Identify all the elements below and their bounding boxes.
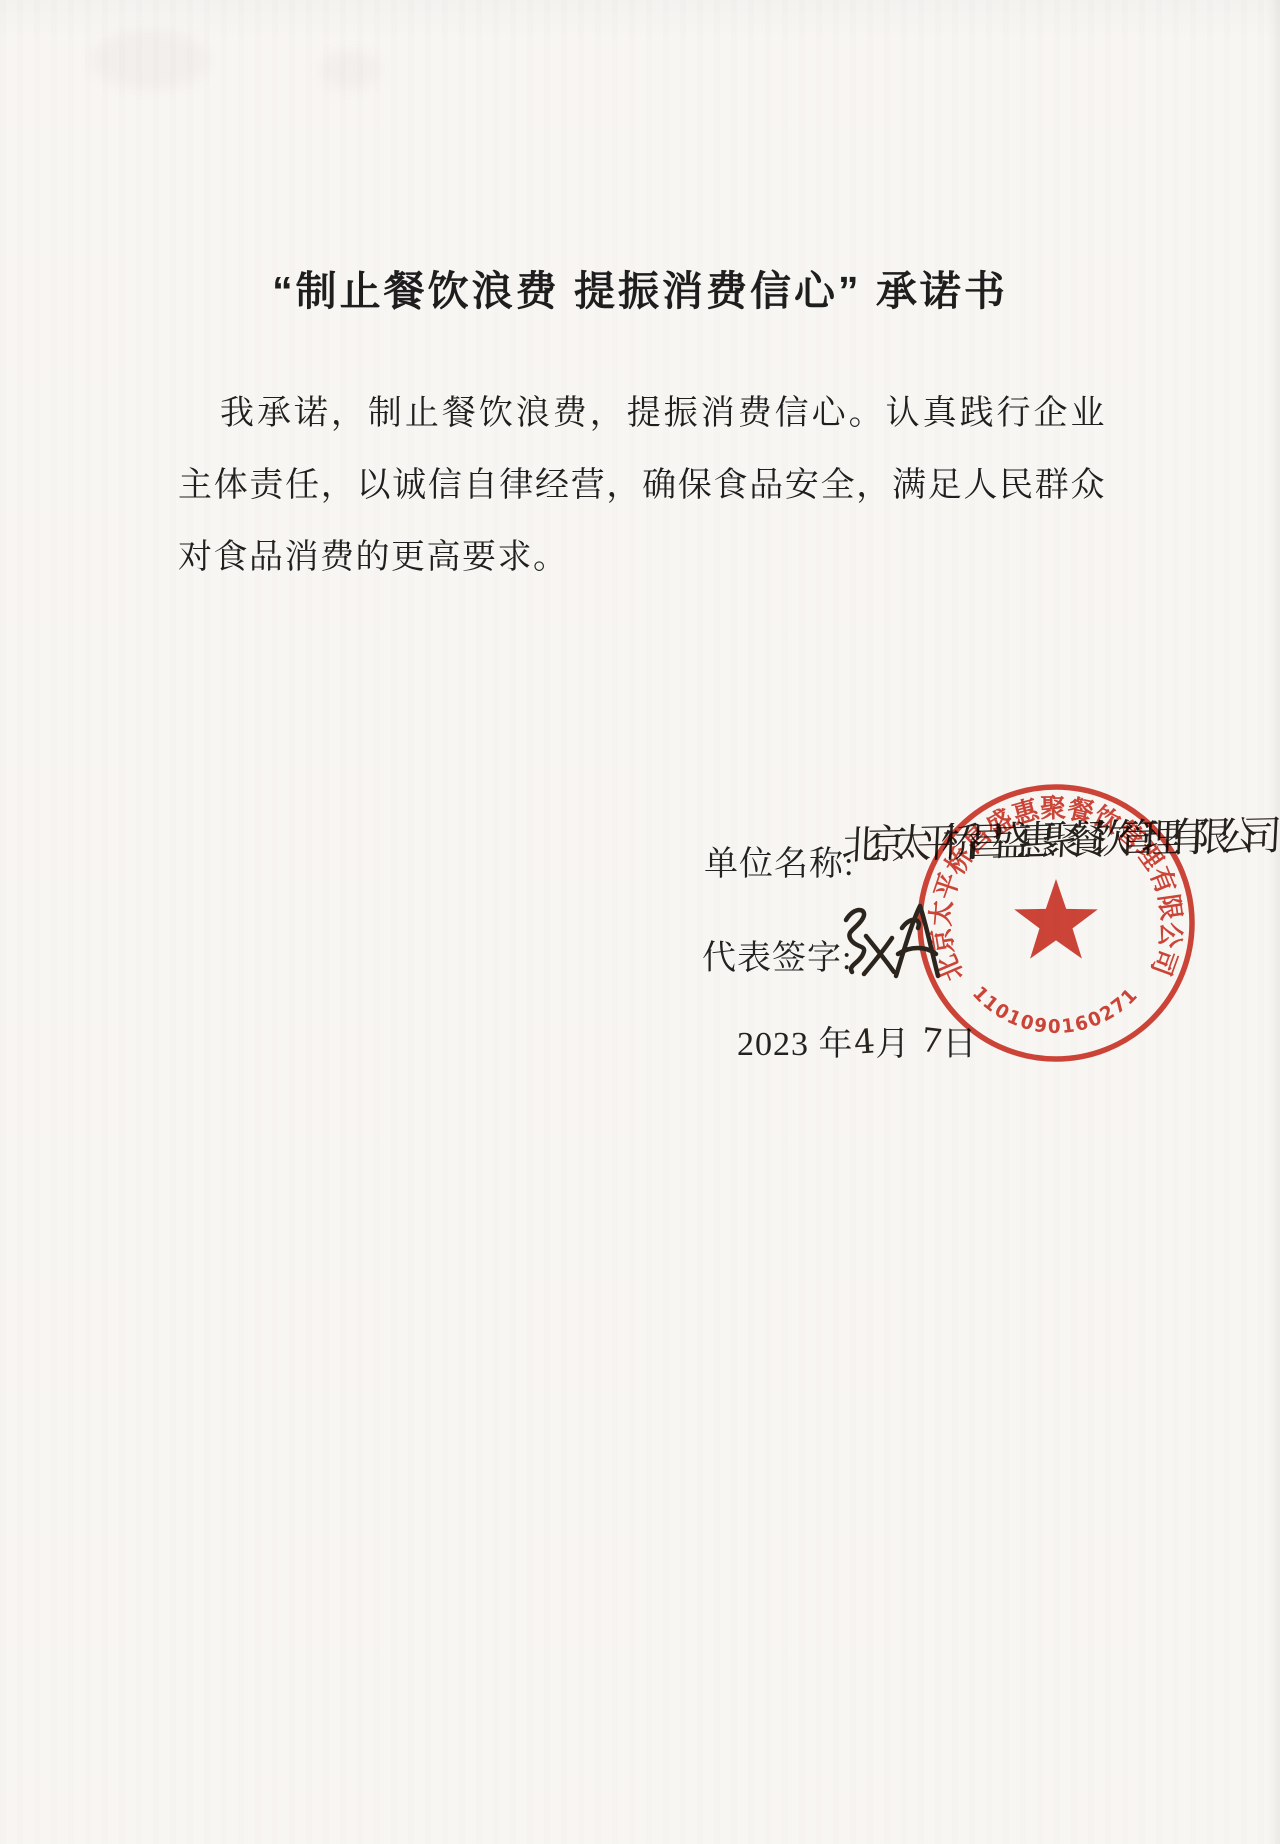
commitment-paragraph: 我承诺，制止餐饮浪费，提振消费信心。认真践行企业主体责任，以诚信自律经营，确保食… (178, 378, 1106, 594)
scanned-commitment-letter-page: “制止餐饮浪费 提振消费信心” 承诺书 我承诺，制止餐饮浪费，提振消费信心。认真… (0, 0, 1280, 1844)
scan-smudge (90, 30, 210, 90)
signature-stroke (846, 910, 864, 972)
signature-label: 代表签字: (702, 940, 852, 977)
unit-name-line: 单位名称: (704, 836, 854, 885)
page-title: “制止餐饮浪费 提振消费信心” 承诺书 (0, 258, 1280, 317)
handwritten-signature (836, 898, 956, 993)
date-month-label: 月 (876, 1026, 911, 1063)
representative-signature-line: 代表签字: (702, 930, 852, 979)
seal-serial-number: 1101090160271 (968, 982, 1143, 1038)
red-star-icon (1014, 879, 1098, 959)
handwritten-month-digit: 4 (852, 1021, 877, 1061)
date-year-text: 2023 年 (737, 1026, 854, 1063)
unit-name-label: 单位名称: (704, 846, 854, 883)
scan-smudge (320, 50, 380, 90)
signature-stroke (864, 938, 892, 974)
signature-stroke (896, 906, 938, 976)
